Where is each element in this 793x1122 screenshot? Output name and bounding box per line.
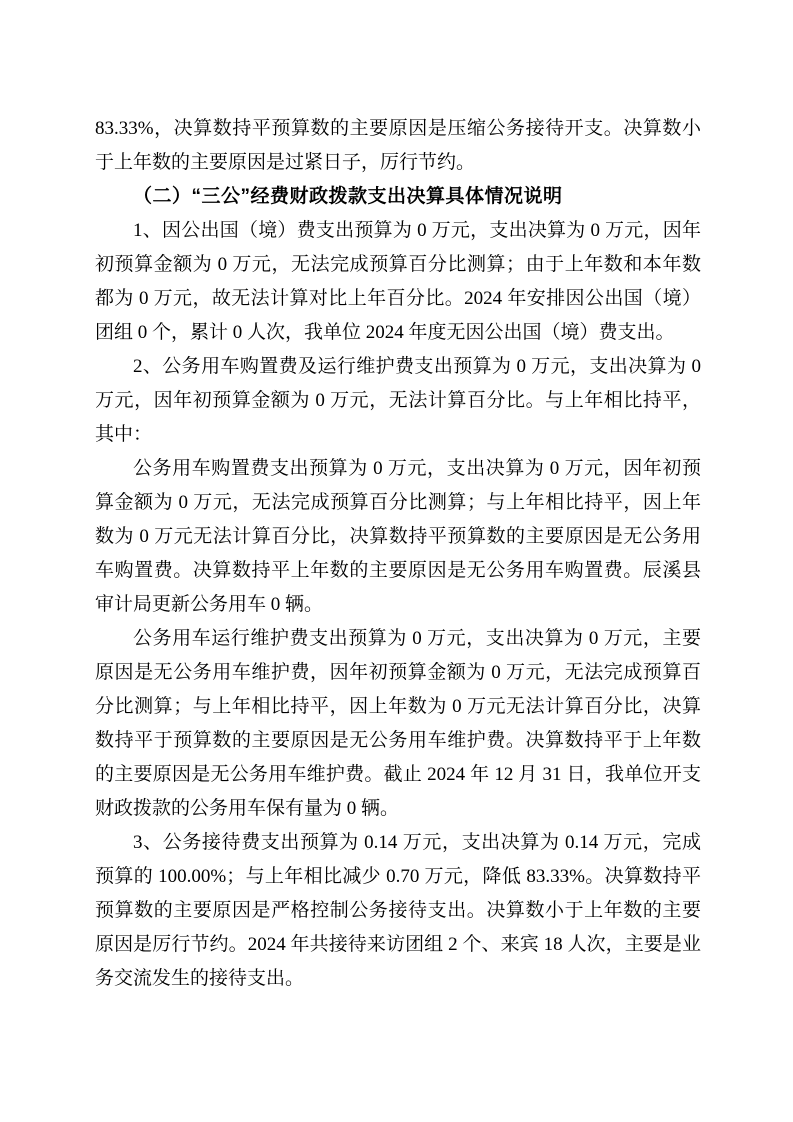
- paragraph-official-vehicle-total-expense: 2、公务用车购置费及运行维护费支出预算为 0 万元，支出决算为 0 万元，因年初…: [95, 350, 701, 452]
- document-page: 83.33%，决算数持平预算数的主要原因是压缩公务接待开支。决算数小于上年数的主…: [0, 0, 793, 1122]
- paragraph-vehicle-maintenance-expense: 公务用车运行维护费支出预算为 0 万元，支出决算为 0 万元，主要原因是无公务用…: [95, 622, 701, 826]
- paragraph-official-reception-expense: 3、公务接待费支出预算为 0.14 万元，支出决算为 0.14 万元，完成预算的…: [95, 826, 701, 996]
- paragraph-vehicle-purchase-expense: 公务用车购置费支出预算为 0 万元，支出决算为 0 万元，因年初预算金额为 0 …: [95, 452, 701, 622]
- paragraph-continued-from-previous-page: 83.33%，决算数持平预算数的主要原因是压缩公务接待开支。决算数小于上年数的主…: [95, 112, 701, 180]
- document-body: 83.33%，决算数持平预算数的主要原因是压缩公务接待开支。决算数小于上年数的主…: [95, 112, 701, 996]
- section-heading-three-public-expenses: （二）“三公”经费财政拨款支出决算具体情况说明: [95, 180, 701, 214]
- paragraph-overseas-travel-expense: 1、因公出国（境）费支出预算为 0 万元，支出决算为 0 万元，因年初预算金额为…: [95, 214, 701, 350]
